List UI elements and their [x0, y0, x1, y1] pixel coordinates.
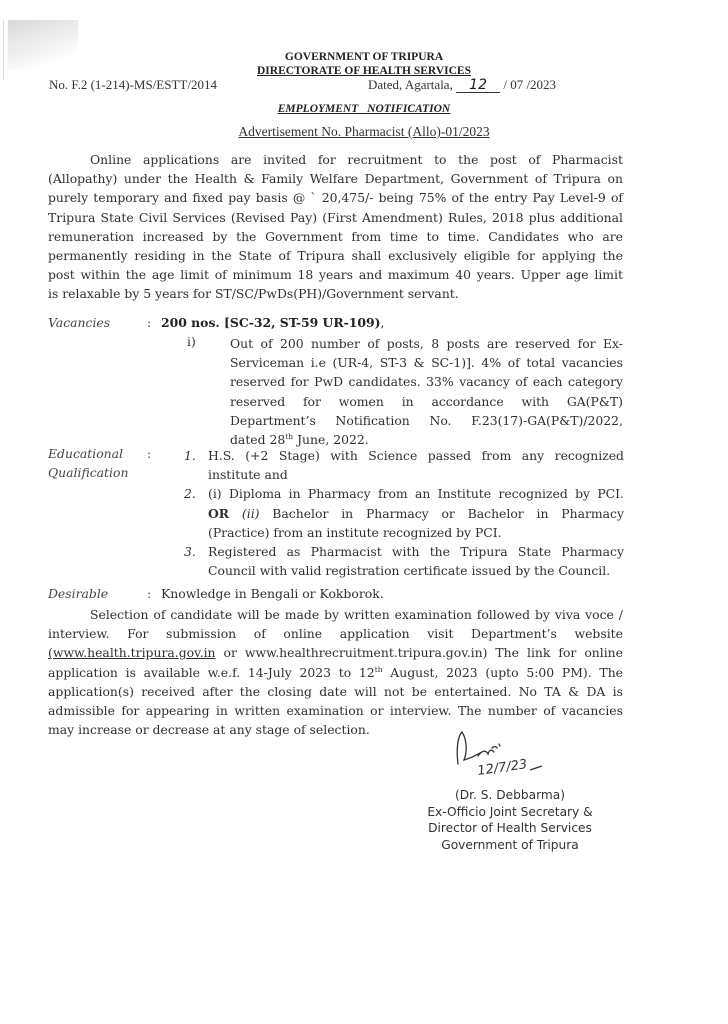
- education-label-line2: Qualification: [48, 465, 128, 480]
- note-date-prefix: dated 28: [230, 432, 285, 447]
- signatory-designation-1: Ex-Officio Joint Secretary &: [410, 804, 610, 821]
- selection-line: application(s) received after the closin…: [48, 682, 623, 701]
- intro-line: Online applications are invited for recr…: [48, 150, 623, 169]
- vacancies-note-line: Serviceman i.e (UR-4, ST-3 & SC-1)]. 4% …: [230, 353, 623, 372]
- signatory-block: (Dr. S. Debbarma) Ex-Officio Joint Secre…: [410, 787, 610, 853]
- education-label-line1: Educational: [48, 446, 123, 461]
- vacancies-note-line: Out of 200 number of posts, 8 posts are …: [230, 334, 623, 353]
- vacancies-label: Vacancies: [48, 315, 110, 330]
- selection-line: (www.health.tripura.gov.in or www.health…: [48, 643, 623, 662]
- intro-paragraph: Online applications are invited for recr…: [48, 150, 623, 304]
- vacancies-note-marker: i): [187, 334, 196, 349]
- vacancies-note-line: reserved for women in accordance with GA…: [230, 392, 623, 411]
- vacancies-note-line: Department’s Notification No. F.23(17)-G…: [230, 411, 623, 430]
- education-item-number: 3.: [184, 542, 196, 561]
- education-item-line: Registered as Pharmacist with the Tripur…: [208, 542, 624, 561]
- application-window-suffix: August, 2023 (upto 5:00 PM). The: [383, 665, 623, 680]
- signatory-name: (Dr. S. Debbarma): [410, 787, 610, 804]
- signatory-designation-3: Government of Tripura: [410, 837, 610, 854]
- option-ii-label: (ii): [242, 506, 260, 521]
- desirable-label: Desirable: [48, 586, 108, 601]
- selection-line: application is available w.e.f. 14-July …: [48, 663, 623, 682]
- dated-day-handwritten: 12: [456, 79, 500, 93]
- education-item-line: (Practice) from an institute recognized …: [208, 523, 624, 542]
- selection-paragraph: Selection of candidate will be made by w…: [48, 605, 623, 739]
- notification-title: EMPLOYMENT NOTIFICATION: [0, 103, 728, 115]
- education-item-line: (i) Diploma in Pharmacy from an Institut…: [208, 484, 624, 503]
- signatory-designation-2: Director of Health Services: [410, 820, 610, 837]
- vacancies-note: Out of 200 number of posts, 8 posts are …: [230, 334, 623, 449]
- dated-month-year: / 07 /2023: [503, 77, 556, 92]
- directorate-heading: DIRECTORATE OF HEALTH SERVICES: [0, 65, 728, 77]
- intro-line: permanently residing in the State of Tri…: [48, 246, 623, 265]
- selection-line: interview. For submission of online appl…: [48, 624, 623, 643]
- intro-line: post within the age limit of minimum 18 …: [48, 265, 623, 284]
- vacancies-count: 200 nos. [SC-32, ST-59 UR-109): [161, 315, 381, 330]
- intro-line: purely temporary and fixed pay basis @ `…: [48, 188, 623, 207]
- intro-line: remuneration increased by the Government…: [48, 227, 623, 246]
- application-window-prefix: application is available w.e.f. 14-July …: [48, 665, 375, 680]
- government-heading: GOVERNMENT OF TRIPURA: [0, 51, 728, 63]
- note-date-sup: th: [285, 432, 293, 441]
- education-item-number: 1.: [184, 446, 196, 465]
- health-website-link[interactable]: (www.health.tripura.gov.in: [48, 645, 216, 660]
- education-item-line: OR (ii) Bachelor in Pharmacy or Bachelor…: [208, 504, 624, 523]
- desirable-colon: :: [147, 586, 151, 601]
- education-item-number: 2.: [184, 484, 196, 503]
- option-ii-text: Bachelor in Pharmacy or Bachelor in Phar…: [260, 506, 624, 521]
- education-item-line: institute and: [208, 465, 624, 484]
- vacancies-summary-tail: ,: [381, 315, 385, 330]
- vacancies-summary: 200 nos. [SC-32, ST-59 UR-109),: [161, 315, 384, 330]
- or-label: OR: [208, 506, 229, 521]
- selection-line: admissible for appearing in written exam…: [48, 701, 623, 720]
- intro-line: (Allopathy) under the Health & Family We…: [48, 169, 623, 188]
- handwritten-signature-icon: 12/7/23: [452, 728, 562, 778]
- dated-prefix: Dated, Agartala,: [368, 77, 453, 92]
- education-item: 3. Registered as Pharmacist with the Tri…: [184, 542, 624, 580]
- vacancies-note-line: reserved for PwD candidates. 33% vacancy…: [230, 372, 623, 391]
- desirable-value: Knowledge in Bengali or Kokborok.: [161, 586, 384, 601]
- advertisement-number: Advertisement No. Pharmacist (Allo)-01/2…: [0, 124, 728, 140]
- reference-number: No. F.2 (1-214)-MS/ESTT/2014: [49, 77, 217, 93]
- education-list: 1. H.S. (+2 Stage) with Science passed f…: [184, 446, 624, 580]
- dated-line: Dated, Agartala, 12 / 07 /2023: [368, 77, 556, 93]
- note-date-suffix: June, 2022.: [293, 432, 369, 447]
- selection-line: Selection of candidate will be made by w…: [48, 605, 623, 624]
- recruitment-website-text: or www.healthrecruitment.tripura.gov.in)…: [216, 645, 623, 660]
- education-item: 1. H.S. (+2 Stage) with Science passed f…: [184, 446, 624, 484]
- education-item: 2. (i) Diploma in Pharmacy from an Insti…: [184, 484, 624, 542]
- application-window-sup: th: [375, 664, 383, 673]
- education-item-line: Council with valid registration certific…: [208, 561, 624, 580]
- vacancies-colon: :: [147, 315, 151, 330]
- svg-text:12/7/23: 12/7/23: [476, 757, 528, 778]
- education-colon: :: [147, 446, 151, 461]
- intro-line: is relaxable by 5 years for ST/SC/PwDs(P…: [48, 284, 623, 303]
- intro-line: Tripura State Civil Services (Revised Pa…: [48, 208, 623, 227]
- education-item-line: H.S. (+2 Stage) with Science passed from…: [208, 446, 624, 465]
